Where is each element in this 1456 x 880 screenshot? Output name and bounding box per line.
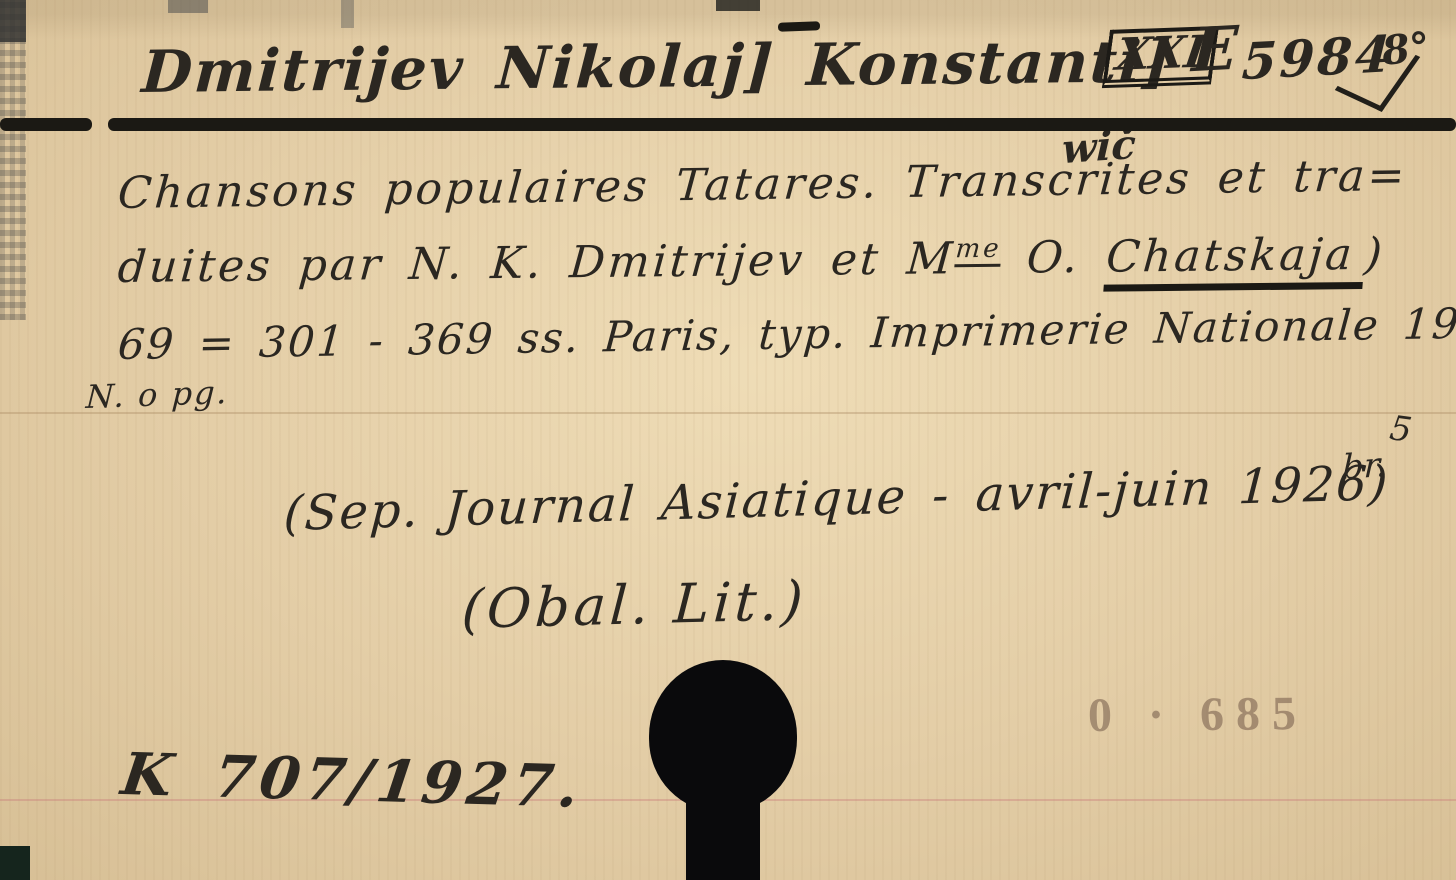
catalog-card: Dmitrijev Nikolaj] Konstanti] wič XXI E …: [0, 0, 1456, 880]
scan-top-artifact: [168, 0, 208, 13]
number-stamp: 0 · 685: [1088, 686, 1308, 743]
classmark-letter: E: [1190, 13, 1239, 86]
title-line-2-text: duites par N. K. Dmitrijev et M: [116, 233, 957, 293]
title-line-2-end: ): [1363, 229, 1387, 280]
holdings-note: (Obal. Lit.): [460, 569, 809, 641]
format-mark-octavo: 8°: [1380, 23, 1432, 75]
scan-corner-artifact: [0, 0, 26, 42]
heading-rule-segment: [0, 118, 92, 131]
scan-bottom-corner-artifact: [0, 846, 30, 880]
title-line-2-mid: O.: [999, 232, 1108, 284]
mme-superscript: me: [954, 234, 1003, 268]
heading-rule-segment: [108, 118, 1456, 131]
scan-top-artifact: [341, 0, 354, 28]
pagination-note: N. o pg.: [85, 373, 230, 416]
title-line-2: duites par N. K. Dmitrijev et Mme O. Cha…: [116, 229, 1387, 293]
margin-note: 5: [1387, 408, 1414, 451]
author-heading: Dmitrijev Nikolaj] Konstanti]: [140, 27, 1174, 106]
underlined-surname: Chatskaja: [1104, 229, 1367, 292]
faint-rule-line: [0, 412, 1456, 414]
scan-edge-artifact: [0, 0, 26, 320]
punch-hole-stem: [686, 780, 760, 880]
title-line-1: Chansons populaires Tatares. Transcrites…: [116, 150, 1409, 219]
accession-number: K 707/1927.: [117, 740, 587, 821]
scan-top-artifact: [716, 0, 760, 11]
imprint-line: 69 = 301 - 369 ss. Paris, typ. Imprimeri…: [116, 296, 1456, 369]
series-note: (Sep. Journal Asiatique - avril-juin 192…: [282, 455, 1391, 542]
